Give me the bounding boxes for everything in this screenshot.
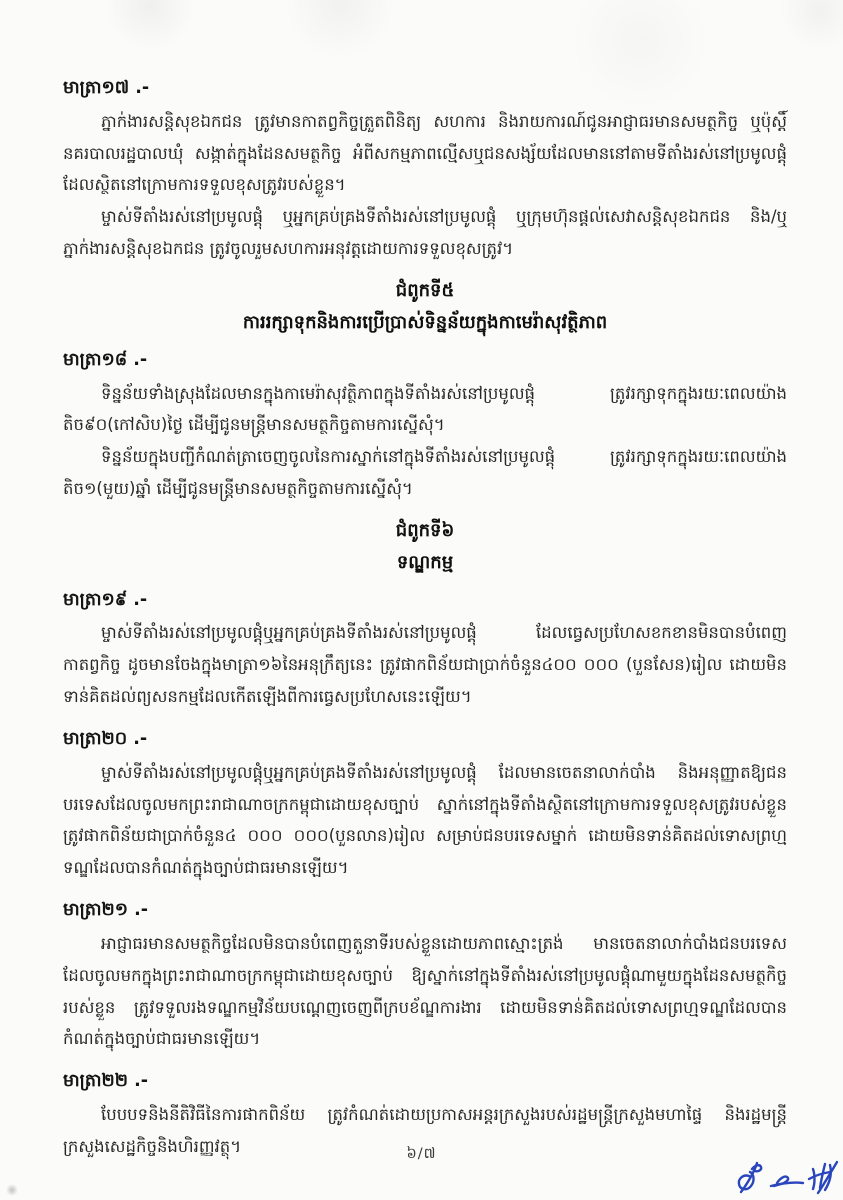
document-text-block: មាត្រា១៧ .- ភ្នាក់ងារសន្តិសុខឯកជន ត្រូវម… xyxy=(63,74,787,1163)
article-18-paragraph-1: ទិន្នន័យទាំងស្រុងដែលមានក្នុងកាមេរ៉ាសុវត្… xyxy=(63,378,787,442)
article-21-paragraph-1: អាជ្ញាធរមានសមត្ថកិច្ចដែលមិនបានបំពេញតួនាទ… xyxy=(63,928,787,1055)
article-17-paragraph-2: ម្ចាស់ទីតាំងរស់នៅប្រមូលផ្តុំ ឬអ្នកគ្រប់គ… xyxy=(63,201,787,265)
article-17-heading: មាត្រា១៧ .- xyxy=(63,74,787,104)
article-18-paragraph-2: ទិន្នន័យក្នុងបញ្ជីកំណត់ត្រាចេញចូលនៃការស្… xyxy=(63,441,787,505)
scanned-document-page: មាត្រា១៧ .- ភ្នាក់ងារសន្តិសុខឯកជន ត្រូវម… xyxy=(0,0,843,1200)
article-18-heading: មាត្រា១៨ .- xyxy=(63,346,787,376)
chapter-5-number: ជំពូកទី៥ xyxy=(63,275,787,307)
chapter-6-title: ទណ្ឌកម្ម xyxy=(63,547,787,579)
article-17-paragraph-1: ភ្នាក់ងារសន្តិសុខឯកជន ត្រូវមានកាតព្វកិច្… xyxy=(63,106,787,202)
page-number: ៦/៧ xyxy=(0,1145,843,1166)
article-20-paragraph-1: ម្ចាស់ទីតាំងរស់នៅប្រមូលផ្តុំឬអ្នកគ្រប់គ្… xyxy=(63,757,787,884)
chapter-6-heading: ជំពូកទី៦ ទណ្ឌកម្ម xyxy=(63,515,787,580)
chapter-5-heading: ជំពូកទី៥ ការរក្សាទុកនិងការប្រើប្រាស់ទិន្… xyxy=(63,275,787,340)
article-19-paragraph-1: ម្ចាស់ទីតាំងរស់នៅប្រមូលផ្តុំឬអ្នកគ្រប់គ្… xyxy=(63,617,787,713)
article-20-heading: មាត្រា២០ .- xyxy=(63,725,787,755)
signature-ink xyxy=(733,1152,843,1200)
article-22-heading: មាត្រា២២ .- xyxy=(63,1067,787,1097)
chapter-5-title: ការរក្សាទុកនិងការប្រើប្រាស់ទិន្នន័យក្នុង… xyxy=(63,307,787,339)
article-19-heading: មាត្រា១៩ .- xyxy=(63,586,787,616)
article-21-heading: មាត្រា២១ .- xyxy=(63,896,787,926)
handwritten-initials-icon xyxy=(739,1162,837,1193)
chapter-6-number: ជំពូកទី៦ xyxy=(63,515,787,547)
